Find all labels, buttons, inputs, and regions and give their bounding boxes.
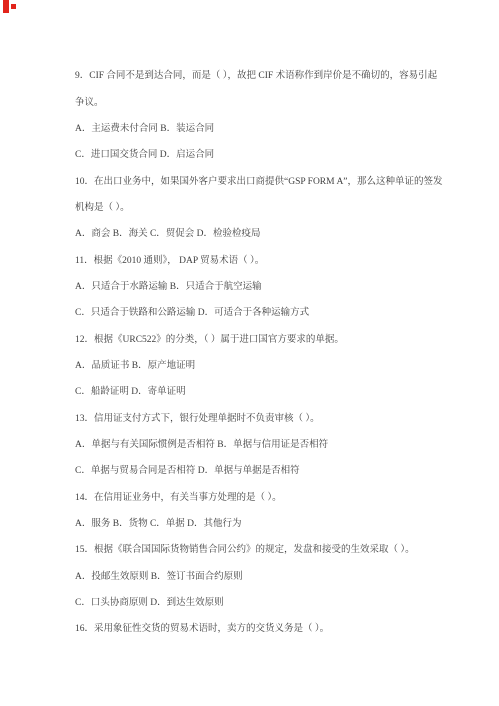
question-12-line: A．品质证书 B．原产地证明 — [75, 351, 460, 377]
red-artifact-mark-1 — [3, 0, 9, 13]
question-14-line: A．服务 B．货物 C．单据 D．其他行为 — [75, 509, 460, 535]
question-9-line: C．进口国交货合同 D．启运合同 — [75, 140, 460, 166]
question-14-line: 14．在信用证业务中，有关当事方处理的是（ ）。 — [75, 483, 460, 509]
document-page: 9．CIF 合同不是到达合同，而是（ ），故把 CIF 术语称作到岸价是不确切的… — [0, 0, 499, 706]
question-9-line: 9．CIF 合同不是到达合同，而是（ ），故把 CIF 术语称作到岸价是不确切的… — [75, 61, 460, 87]
question-11-line: A．只适合于水路运输 B．只适合于航空运输 — [75, 272, 460, 298]
question-10-line: A．商会 B．海关 C．贸促会 D．检验检疫局 — [75, 219, 460, 245]
question-11-line: C．只适合于铁路和公路运输 D．可适合于各种运输方式 — [75, 298, 460, 324]
question-13-line: 13．信用证支付方式下，银行处理单据时不负责审核（ ）。 — [75, 403, 460, 429]
question-9-line: 争议。 — [75, 87, 460, 113]
question-12-line: 12．根据《URC522》的分类，（ ）属于进口国官方要求的单据。 — [75, 324, 460, 350]
question-15-line: 15．根据《联合国国际货物销售合同公约》的规定，发盘和接受的生效采取（ ）。 — [75, 535, 460, 561]
question-9-line: A．主运费未付合同 B．装运合同 — [75, 114, 460, 140]
red-artifact-mark-2 — [11, 4, 16, 9]
question-11-line: 11．根据《2010 通则》， DAP 贸易术语（ ）。 — [75, 245, 460, 271]
question-12-line: C．船龄证明 D．寄单证明 — [75, 377, 460, 403]
question-10-line: 10．在出口业务中，如果国外客户要求出口商提供“GSP FORM A”，那么这种… — [75, 166, 460, 192]
question-16-line: 16．采用象征性交货的贸易术语时，卖方的交货义务是（ ）。 — [75, 614, 460, 640]
question-13-line: C．单据与贸易合同是否相符 D．单据与单据是否相符 — [75, 456, 460, 482]
question-10-line: 机构是（ ）。 — [75, 193, 460, 219]
question-13-line: A．单据与有关国际惯例是否相符 B．单据与信用证是否相符 — [75, 430, 460, 456]
question-text-block: 9．CIF 合同不是到达合同，而是（ ），故把 CIF 术语称作到岸价是不确切的… — [75, 61, 460, 641]
question-15-line: C．口头协商原则 D．到达生效原则 — [75, 588, 460, 614]
question-15-line: A．投邮生效原则 B．签订书面合约原则 — [75, 562, 460, 588]
